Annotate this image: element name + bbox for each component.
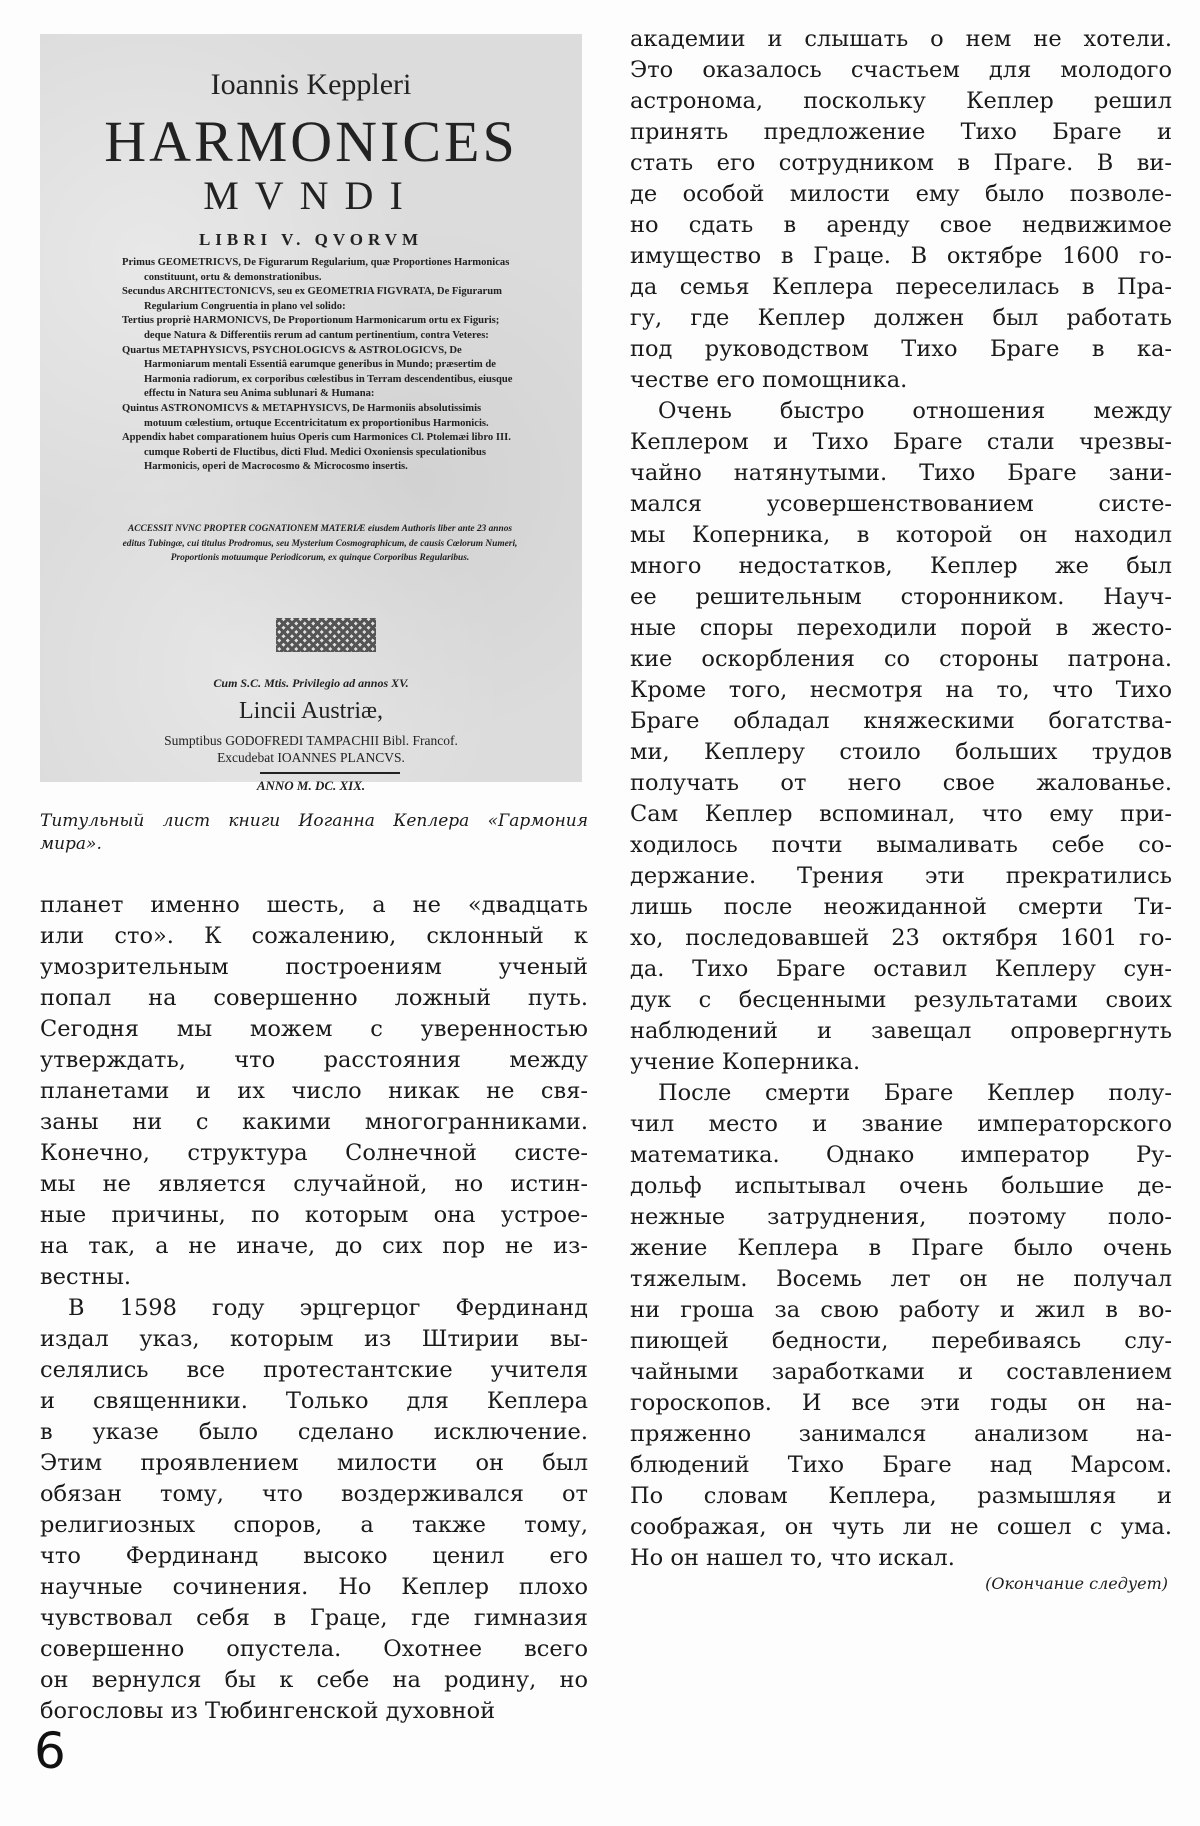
- page-number: 6: [34, 1722, 66, 1780]
- figure-libri: LIBRI V. QVORVM: [40, 230, 582, 250]
- text-line: лишь после неожиданной смерти Ти-: [630, 892, 1172, 923]
- text-line: чайными заработками и составлением: [630, 1357, 1172, 1388]
- text-line: держание. Трения эти прекратились: [630, 861, 1172, 892]
- text-line: учение Коперника.: [630, 1047, 1172, 1078]
- text-line: мы не является случайной, но истин-: [40, 1169, 588, 1200]
- figure-author: Ioannis Keppleri: [40, 68, 582, 102]
- right-column: академии и слышать о нем не хотели.Это о…: [630, 24, 1172, 1574]
- paragraph: академии и слышать о нем не хотели.Это о…: [630, 24, 1172, 396]
- figure-title: HARMONICES: [40, 112, 582, 172]
- text-line: честве его помощника.: [630, 365, 1172, 396]
- text-line: дук с бесценными результатами своих: [630, 985, 1172, 1016]
- text-line: Сам Кеплер вспоминал, что ему при-: [630, 799, 1172, 830]
- text-line: пиющей бедности, перебиваясь слу-: [630, 1326, 1172, 1357]
- text-line: ные причины, по которым она устрое-: [40, 1200, 588, 1231]
- text-line: обязан тому, что воздерживался от: [40, 1479, 588, 1510]
- figure-caption: Титульный лист книги Иоганна Кеплера «Га…: [40, 810, 588, 856]
- figure-divider: [260, 772, 400, 774]
- text-line: академии и слышать о нем не хотели.: [630, 24, 1172, 55]
- text-line: ми, Кеплеру стоило больших трудов: [630, 737, 1172, 768]
- text-line: кие оскорбления со стороны патрона.: [630, 644, 1172, 675]
- paragraph: Очень быстро отношения междуКеплером и Т…: [630, 396, 1172, 1078]
- text-line: Браге обладал княжескими богатства-: [630, 706, 1172, 737]
- text-line: что Фердинанд высоко ценил его: [40, 1541, 588, 1572]
- text-line: да семья Кеплера переселилась в Пра-: [630, 272, 1172, 303]
- text-line: астронома, поскольку Кеплер решил: [630, 86, 1172, 117]
- text-line: селялись все протестантские учителя: [40, 1355, 588, 1386]
- text-line: Сегодня мы можем с уверенностью: [40, 1014, 588, 1045]
- text-line: тяжелым. Восемь лет он не получал: [630, 1264, 1172, 1295]
- title-page-illustration: Ioannis Keppleri HARMONICES MVNDI LIBRI …: [40, 34, 582, 782]
- figure-year: ANNO M. DC. XIX.: [40, 778, 582, 794]
- text-line: мался усовершенствованием систе-: [630, 489, 1172, 520]
- text-line: Очень быстро отношения между: [630, 396, 1172, 427]
- text-line: религиозных споров, а также тому,: [40, 1510, 588, 1541]
- text-line: много недостатков, Кеплер же был: [630, 551, 1172, 582]
- text-line: ее решительным сторонником. Науч-: [630, 582, 1172, 613]
- figure-accessit: ACCESSIT NVNC PROPTER COGNATIONEM MATERI…: [120, 522, 520, 566]
- text-line: гу, где Кеплер должен был работать: [630, 303, 1172, 334]
- text-line: математика. Однако император Ру-: [630, 1140, 1172, 1171]
- text-line: планетами и их число никак не свя-: [40, 1076, 588, 1107]
- paragraph: После смерти Браге Кеплер полу-чил место…: [630, 1078, 1172, 1574]
- text-line: или сто». К сожалению, склонный к: [40, 921, 588, 952]
- figure-publisher: Sumptibus GODOFREDI TAMPACHII Bibl. Fran…: [40, 732, 582, 766]
- text-line: хо, последовавшей 23 октября 1601 го-: [630, 923, 1172, 954]
- text-line: он вернулся бы к себе на родину, но: [40, 1665, 588, 1696]
- text-line: чувствовал себя в Граце, где гимназия: [40, 1603, 588, 1634]
- text-line: издал указ, которым из Штирии вы-: [40, 1324, 588, 1355]
- text-line: Это оказалось счастьем для молодого: [630, 55, 1172, 86]
- text-line: получать от него свое жалованье.: [630, 768, 1172, 799]
- figure-contents: Primus GEOMETRICVS, De Figurarum Regular…: [122, 256, 517, 475]
- text-line: да. Тихо Браге оставил Кеплеру сун-: [630, 954, 1172, 985]
- text-line: гороскопов. И все эти годы он на-: [630, 1388, 1172, 1419]
- text-line: утверждать, что расстояния между: [40, 1045, 588, 1076]
- text-line: имущество в Граце. В октябре 1600 го-: [630, 241, 1172, 272]
- text-line: жение Кеплера в Праге было очень: [630, 1233, 1172, 1264]
- figure-contents-item: Quartus METAPHYSICVS, PSYCHOLOGICVS & AS…: [122, 344, 517, 402]
- text-line: попал на совершенно ложный путь.: [40, 983, 588, 1014]
- text-line: но сдать в аренду свое недвижимое: [630, 210, 1172, 241]
- text-line: По словам Кеплера, размышляя и: [630, 1481, 1172, 1512]
- figure-contents-item: Appendix habet comparationem huius Operi…: [122, 431, 517, 475]
- text-line: принять предложение Тихо Браге и: [630, 117, 1172, 148]
- text-line: ные споры переходили порой в жесто-: [630, 613, 1172, 644]
- text-line: нежные затруднения, поэтому поло-: [630, 1202, 1172, 1233]
- continuation-note: (Окончание следует): [985, 1574, 1168, 1593]
- text-line: богословы из Тюбингенской духовной: [40, 1696, 588, 1727]
- text-line: После смерти Браге Кеплер полу-: [630, 1078, 1172, 1109]
- text-line: заны ни с какими многогранниками.: [40, 1107, 588, 1138]
- figure-contents-item: Tertius propriè HARMONICVS, De Proportio…: [122, 314, 517, 343]
- printer-ornament-icon: [276, 618, 376, 652]
- text-line: совершенно опустела. Охотнее всего: [40, 1634, 588, 1665]
- text-line: В 1598 году эрцгерцог Фердинанд: [40, 1293, 588, 1324]
- text-line: дольф испытывал очень большие де-: [630, 1171, 1172, 1202]
- text-line: научные сочинения. Но Кеплер плохо: [40, 1572, 588, 1603]
- figure-contents-item: Primus GEOMETRICVS, De Figurarum Regular…: [122, 256, 517, 285]
- text-line: пряженно занимался анализом на-: [630, 1419, 1172, 1450]
- text-line: планет именно шесть, а не «двадцать: [40, 890, 588, 921]
- figure-subtitle: MVNDI: [40, 174, 582, 218]
- text-line: Конечно, структура Солнечной систе-: [40, 1138, 588, 1169]
- text-line: стать его сотрудником в Праге. В ви-: [630, 148, 1172, 179]
- text-line: умозрительным построениям ученый: [40, 952, 588, 983]
- text-line: и священники. Только для Кеплера: [40, 1386, 588, 1417]
- paragraph: В 1598 году эрцгерцог Фердинандиздал ука…: [40, 1293, 588, 1727]
- figure-contents-item: Secundus ARCHITECTONICVS, seu ex GEOMETR…: [122, 285, 517, 314]
- text-line: вестны.: [40, 1262, 588, 1293]
- text-line: под руководством Тихо Браге в ка-: [630, 334, 1172, 365]
- text-line: Кеплером и Тихо Браге стали чрезвы-: [630, 427, 1172, 458]
- left-column: планет именно шесть, а не «двадцатьили с…: [40, 890, 588, 1727]
- text-line: наблюдений и завещал опровергнуть: [630, 1016, 1172, 1047]
- text-line: мы Коперника, в которой он находил: [630, 520, 1172, 551]
- figure-publisher-line: Excudebat IOANNES PLANCVS.: [40, 749, 582, 766]
- paragraph: планет именно шесть, а не «двадцатьили с…: [40, 890, 588, 1293]
- text-line: в указе было сделано исключение.: [40, 1417, 588, 1448]
- figure-place: Lincii Austriæ,: [40, 698, 582, 725]
- figure-privilege: Cum S.C. Mtis. Privilegio ad annos XV.: [40, 676, 582, 691]
- figure-publisher-line: Sumptibus GODOFREDI TAMPACHII Bibl. Fran…: [40, 732, 582, 749]
- text-line: чил место и звание императорского: [630, 1109, 1172, 1140]
- text-line: соображая, он чуть ли не сошел с ума.: [630, 1512, 1172, 1543]
- text-line: блюдений Тихо Браге над Марсом.: [630, 1450, 1172, 1481]
- text-line: ходилось почти вымаливать себе со-: [630, 830, 1172, 861]
- text-line: Этим проявлением милости он был: [40, 1448, 588, 1479]
- text-line: чайно натянутыми. Тихо Браге зани-: [630, 458, 1172, 489]
- text-line: на так, а не иначе, до сих пор не из-: [40, 1231, 588, 1262]
- text-line: Но он нашел то, что искал.: [630, 1543, 1172, 1574]
- text-line: ни гроша за свою работу и жил в во-: [630, 1295, 1172, 1326]
- figure-contents-item: Quintus ASTRONOMICVS & METAPHYSICVS, De …: [122, 402, 517, 431]
- text-line: де особой милости ему было позволе-: [630, 179, 1172, 210]
- text-line: Кроме того, несмотря на то, что Тихо: [630, 675, 1172, 706]
